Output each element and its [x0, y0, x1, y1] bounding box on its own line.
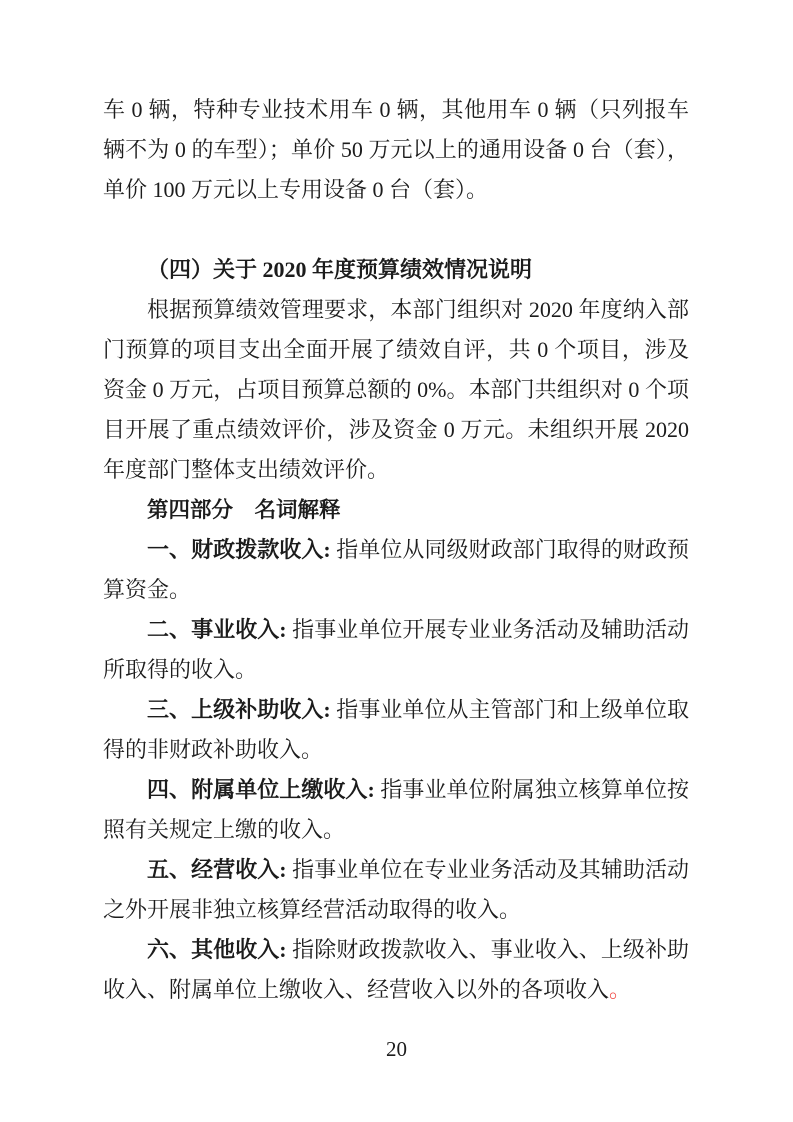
definition-item-business-income: 五、经营收入: 指事业单位在专业业务活动及其辅助活动之外开展非独立核算经营活动取… [103, 850, 689, 930]
paragraph-budget-performance: 根据预算绩效管理要求，本部门组织对 2020 年度纳入部门预算的项目支出全面开展… [103, 290, 689, 490]
paragraph-vehicles-equipment: 车 0 辆，特种专业技术用车 0 辆，其他用车 0 辆（只列报车辆不为 0 的车… [103, 90, 689, 210]
heading-part-four-glossary: 第四部分 名词解释 [103, 490, 689, 530]
page-number: 20 [0, 1036, 793, 1062]
definition-item-fiscal-appropriation: 一、财政拨款收入: 指单位从同级财政部门取得的财政预算资金。 [103, 530, 689, 610]
red-full-stop: 。 [609, 977, 631, 1002]
blank-line [103, 210, 689, 250]
definition-term: 二、事业收入: [147, 617, 287, 642]
definition-term: 四、附属单位上缴收入: [147, 777, 375, 802]
definition-item-other-income: 六、其他收入: 指除财政拨款收入、事业收入、上级补助收入、附属单位上缴收入、经营… [103, 930, 689, 1010]
definition-item-affiliated-unit-payment: 四、附属单位上缴收入: 指事业单位附属独立核算单位按照有关规定上缴的收入。 [103, 770, 689, 850]
definition-item-superior-subsidy: 三、上级补助收入: 指事业单位从主管部门和上级单位取得的非财政补助收入。 [103, 690, 689, 770]
definition-term: 六、其他收入: [147, 937, 287, 962]
definition-term: 一、财政拨款收入: [147, 537, 331, 562]
definition-term: 五、经营收入: [147, 857, 287, 882]
heading-budget-performance: （四）关于 2020 年度预算绩效情况说明 [103, 250, 689, 290]
definition-term: 三、上级补助收入: [147, 697, 331, 722]
document-page: 车 0 辆，特种专业技术用车 0 辆，其他用车 0 辆（只列报车辆不为 0 的车… [0, 0, 793, 1122]
definition-item-operational-income: 二、事业收入: 指事业单位开展专业业务活动及辅助活动所取得的收入。 [103, 610, 689, 690]
page-text-block: 车 0 辆，特种专业技术用车 0 辆，其他用车 0 辆（只列报车辆不为 0 的车… [103, 90, 689, 1010]
